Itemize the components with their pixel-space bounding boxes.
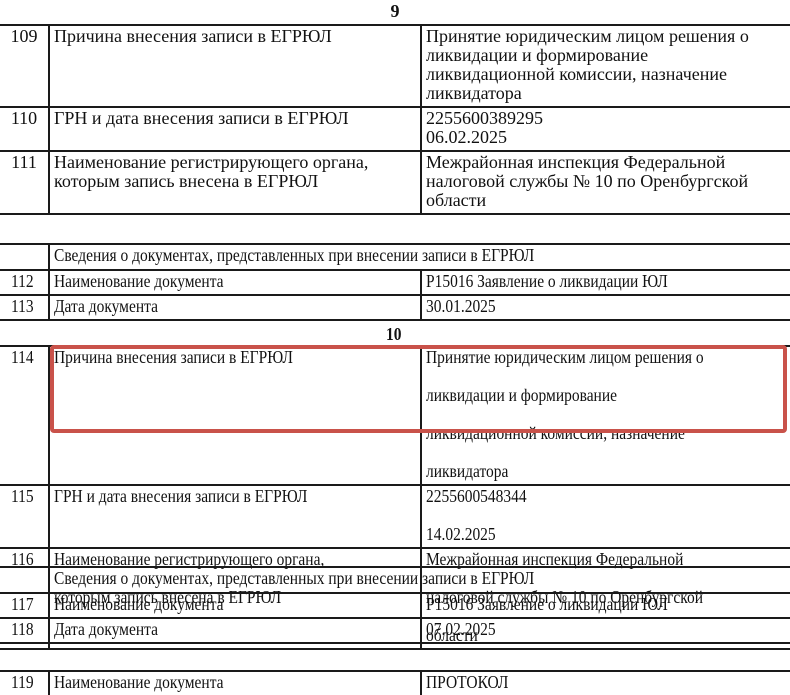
table-row: 115 ГРН и дата внесения записи в ЕГРЮЛ 2… [0,485,790,548]
row-label-text: Наименование документа [54,595,224,614]
row-label: Наименование регистрирующего органа, кот… [49,151,421,214]
row-value: 2255600389295 06.02.2025 [421,107,790,151]
row-label-text: Наименование документа [54,673,224,692]
value-line: области [426,191,788,210]
row-number: 114 [0,346,49,485]
documents-header-text: Сведения о документах, представленных пр… [54,569,534,588]
row-number-text: 117 [11,595,34,614]
row-number-text: 118 [11,620,34,639]
row-number-text: 115 [11,487,34,506]
section-number-10: 10 [0,324,790,344]
row-number: 118 [0,618,49,643]
value-line: ликвидационной комиссии, назначение [426,65,788,84]
row-value: 2255600548344 14.02.2025 [421,485,790,548]
row-value-text: 30.01.2025 [426,297,496,316]
row-value-text: 07.02.2025 [426,620,496,639]
documents-header-text: Сведения о документах, представленных пр… [54,246,534,265]
value-line: Принятие юридическим лицом решения о [426,27,788,46]
value-line: ликвидационной комиссии, назначение [426,424,737,443]
documents-table-9: Сведения о документах, представленных пр… [0,243,790,321]
section-number-9: 9 [0,1,790,21]
row-number: 119 [0,671,49,695]
row-value: 07.02.2025 [421,618,790,643]
value-line: налоговой службы № 10 по Оренбургской [426,172,788,191]
value-line: 06.02.2025 [426,128,788,147]
row-label: Наименование документа [49,593,421,618]
row-value: ПРОТОКОЛ [421,671,790,695]
record-table-9: 109 Причина внесения записи в ЕГРЮЛ Прин… [0,24,790,215]
documents-header-row: Сведения о документах, представленных пр… [0,567,790,593]
documents-table-10: Сведения о документах, представленных пр… [0,566,790,644]
row-value: Межрайонная инспекция Федеральной налого… [421,151,790,214]
value-line: 14.02.2025 [426,525,737,544]
table-row: 117 Наименование документа Р15016 Заявле… [0,593,790,618]
row-value: Р15016 Заявление о ликвидации ЮЛ [421,270,790,295]
value-line: ликвидации и формирование [426,386,737,405]
row-label-text: Наименование документа [54,272,224,291]
row-number: 110 [0,107,49,151]
label-line: которым запись внесена в ЕГРЮЛ [54,172,416,191]
row-label: Дата документа [49,618,421,643]
row-number-text: 114 [11,348,34,367]
row-label: Наименование документа [49,671,421,695]
table-row-highlighted: 114 Причина внесения записи в ЕГРЮЛ Прин… [0,346,790,485]
row-label: ГРН и дата внесения записи в ЕГРЮЛ [49,485,421,548]
value-line: Межрайонная инспекция Федеральной [426,153,788,172]
table-row: 111 Наименование регистрирующего органа,… [0,151,790,214]
row-number: 113 [0,295,49,320]
table-row: 118 Дата документа 07.02.2025 [0,618,790,643]
section-number-text: 10 [386,324,401,344]
row-label-text: ГРН и дата внесения записи в ЕГРЮЛ [54,487,307,506]
row-value-text: Р15016 Заявление о ликвидации ЮЛ [426,595,668,614]
row-number: 112 [0,270,49,295]
row-value: 30.01.2025 [421,295,790,320]
row-label-text: Причина внесения записи в ЕГРЮЛ [54,348,293,367]
documents-header-row: Сведения о документах, представленных пр… [0,244,790,270]
table-row: 109 Причина внесения записи в ЕГРЮЛ Прин… [0,25,790,107]
row-value: Принятие юридическим лицом решения о лик… [421,346,790,485]
row-number: 115 [0,485,49,548]
documents-header: Сведения о документах, представленных пр… [49,567,790,593]
row-value-text: Р15016 Заявление о ликвидации ЮЛ [426,272,668,291]
table-row: 113 Дата документа 30.01.2025 [0,295,790,320]
row-label: Причина внесения записи в ЕГРЮЛ [49,346,421,485]
documents-table-10b: 119 Наименование документа ПРОТОКОЛ [0,670,790,695]
value-line: ликвидатора [426,462,737,481]
row-label: ГРН и дата внесения записи в ЕГРЮЛ [49,107,421,151]
table-row: 110 ГРН и дата внесения записи в ЕГРЮЛ 2… [0,107,790,151]
documents-header: Сведения о документах, представленных пр… [49,244,790,270]
value-line: Принятие юридическим лицом решения о [426,348,737,367]
value-line: ликвидатора [426,84,788,103]
row-value: Принятие юридическим лицом решения о лик… [421,25,790,107]
row-number-text: 113 [11,297,34,316]
row-number-empty [0,244,49,270]
value-line: 2255600548344 [426,487,737,506]
value-line: ликвидации и формирование [426,46,788,65]
row-number: 109 [0,25,49,107]
row-number-text: 119 [11,673,34,692]
table-row: 112 Наименование документа Р15016 Заявле… [0,270,790,295]
row-number-text: 112 [11,272,34,291]
row-label-text: Дата документа [54,620,158,639]
row-number: 117 [0,593,49,618]
row-label: Дата документа [49,295,421,320]
row-number: 111 [0,151,49,214]
table-row: 119 Наименование документа ПРОТОКОЛ [0,671,790,695]
row-number-empty [0,567,49,593]
row-value-text: ПРОТОКОЛ [426,673,508,692]
row-label: Наименование документа [49,270,421,295]
label-line: Наименование регистрирующего органа, [54,153,416,172]
row-label: Причина внесения записи в ЕГРЮЛ [49,25,421,107]
row-value: Р15016 Заявление о ликвидации ЮЛ [421,593,790,618]
value-line: 2255600389295 [426,109,788,128]
row-label-text: Дата документа [54,297,158,316]
